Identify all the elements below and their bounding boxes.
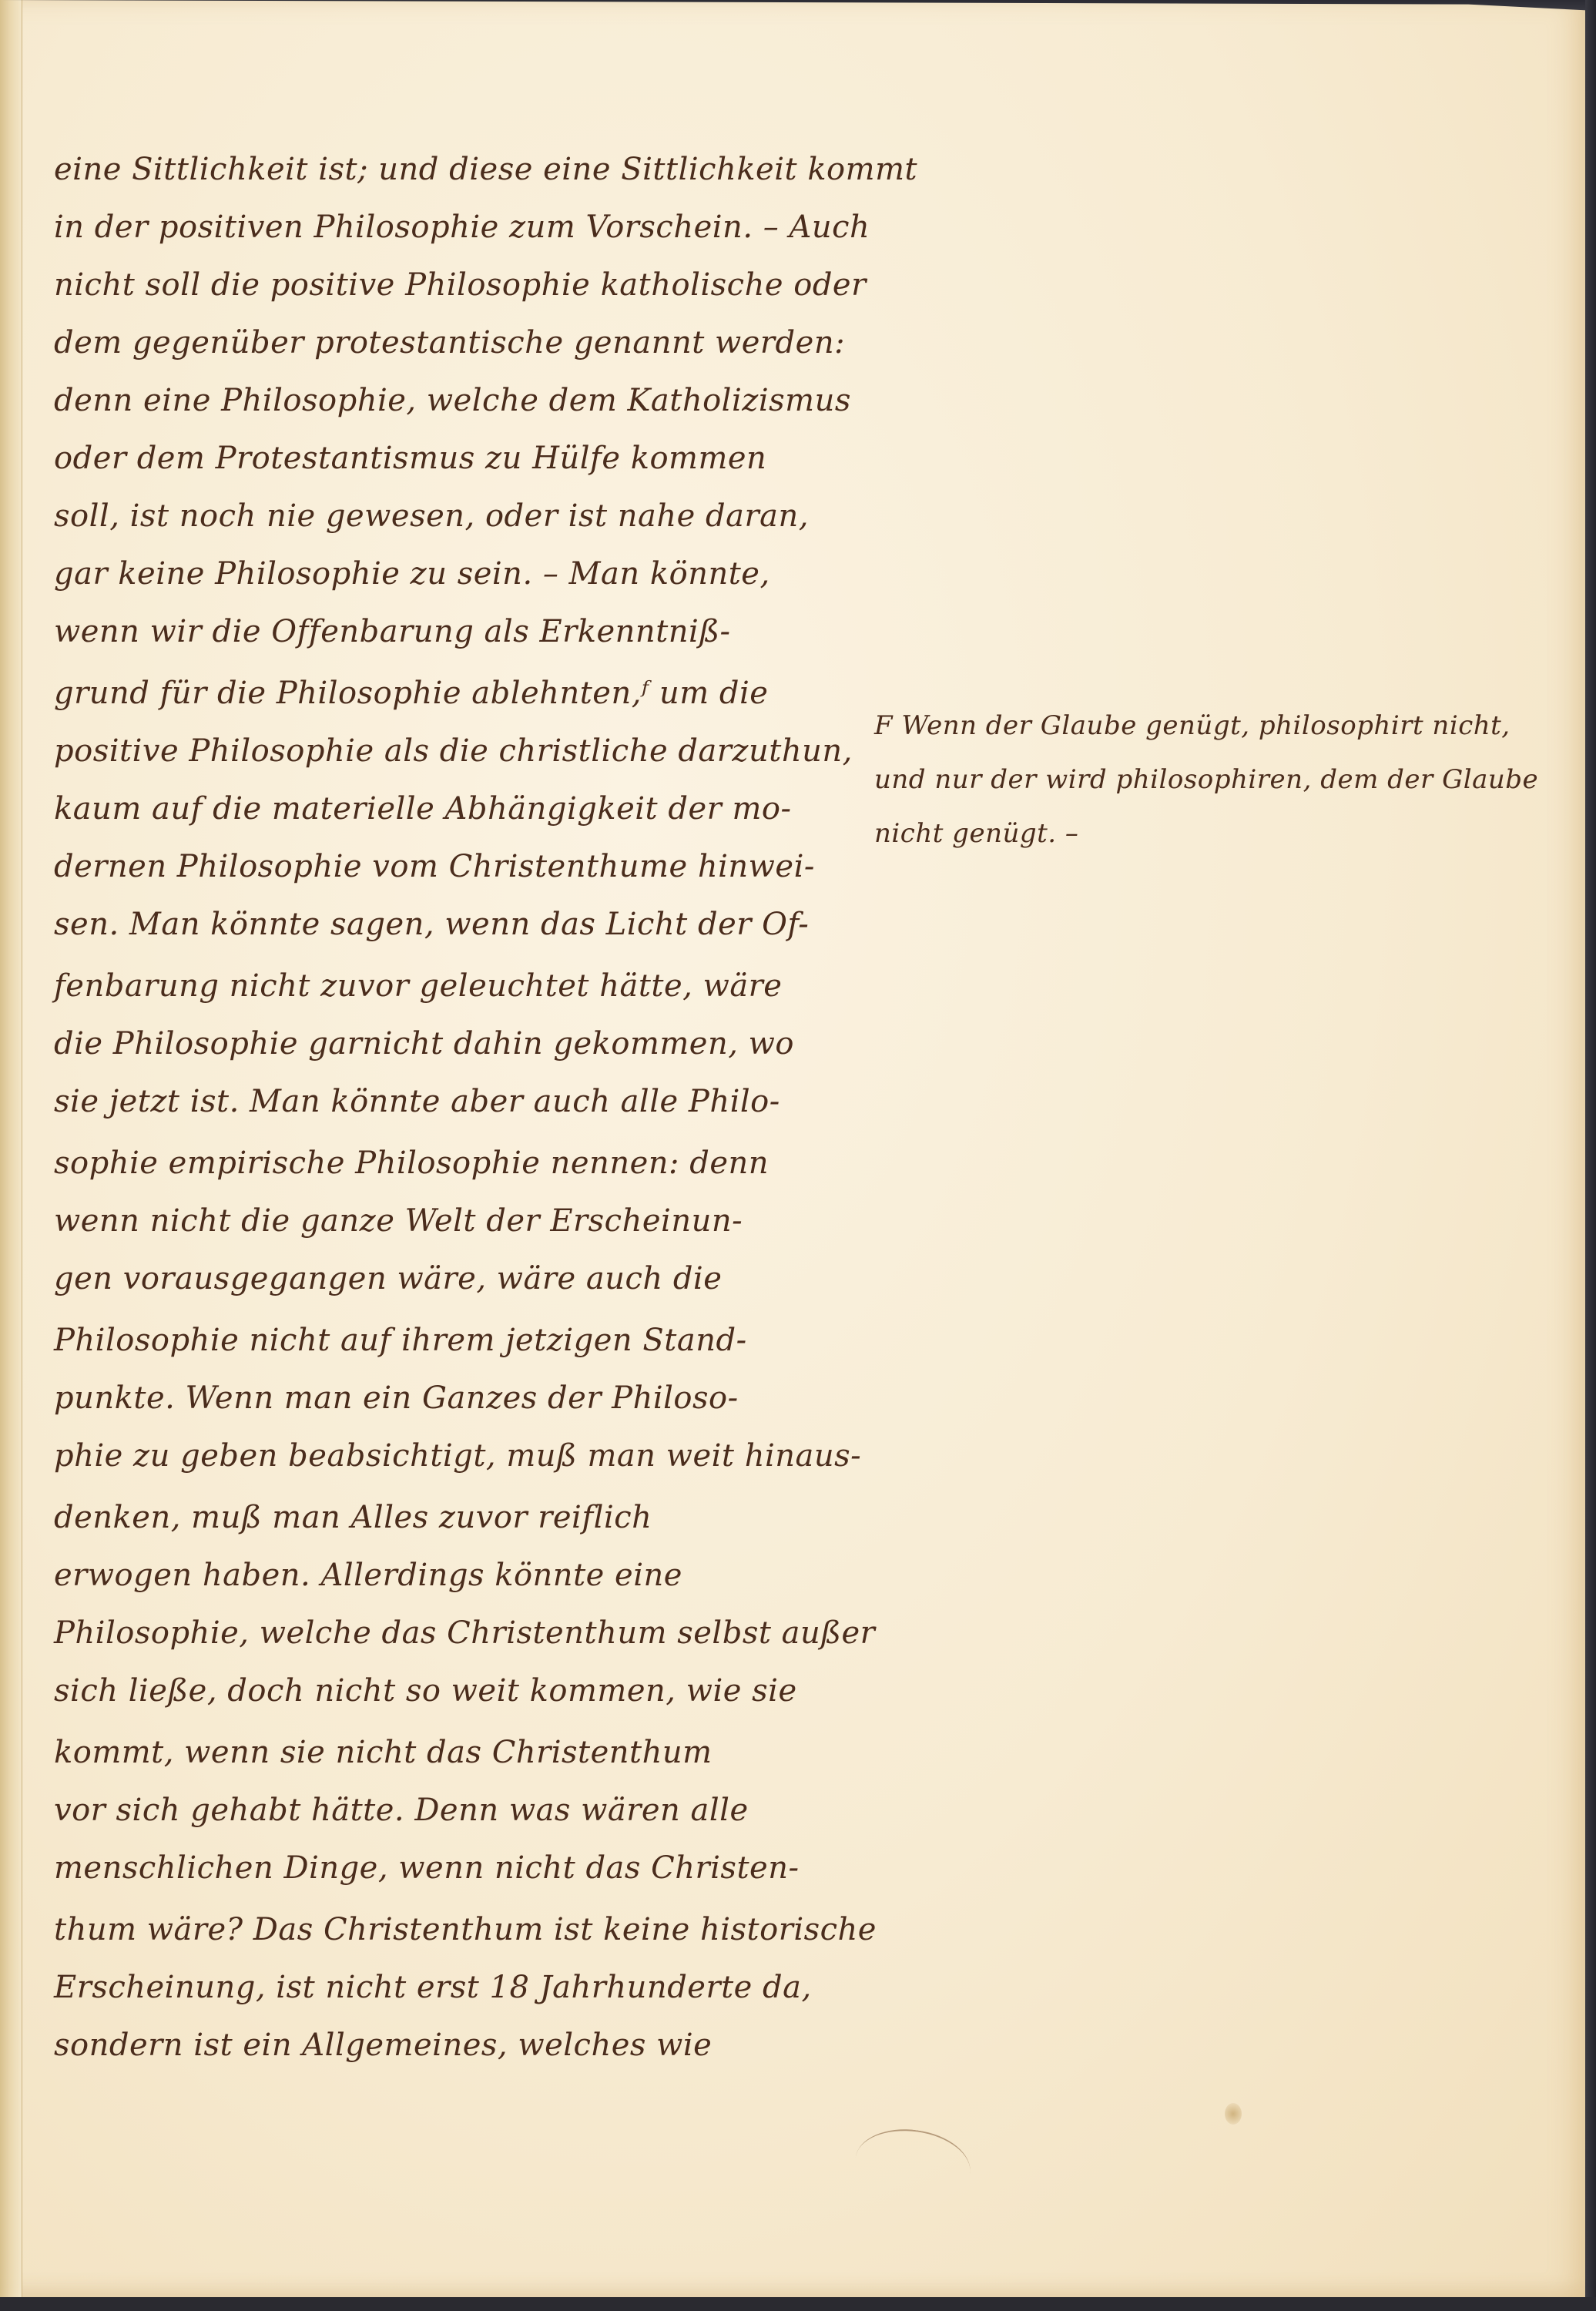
text-line: eine Sittlichkeit ist; und diese eine Si…: [54, 154, 917, 185]
text-line: punkte. Wenn man ein Ganzes der Philoso-: [54, 1383, 739, 1414]
text-line: die Philosophie garnicht dahin gekommen,…: [54, 1028, 794, 1059]
text-line: fenbarung nicht zuvor geleuchtet hätte, …: [54, 971, 782, 1001]
margin-note-line: nicht genügt. –: [874, 820, 1078, 847]
pencil-arc-mark: [850, 2122, 974, 2209]
text-line: Erscheinung, ist nicht erst 18 Jahrhunde…: [54, 1972, 812, 2003]
text-line: thum wäre? Das Christenthum ist keine hi…: [54, 1914, 877, 1945]
text-line: Philosophie nicht auf ihrem jetzigen Sta…: [54, 1325, 747, 1356]
text-line: dernen Philosophie vom Christenthume hin…: [54, 851, 815, 882]
margin-note-line: F Wenn der Glaube genügt, philosophirt n…: [874, 713, 1510, 739]
text-line: grund für die Philosophie ablehnten,ᶠ um…: [54, 678, 768, 709]
text-line: sen. Man könnte sagen, wenn das Licht de…: [54, 909, 809, 940]
text-line: soll, ist noch nie gewesen, oder ist nah…: [54, 501, 809, 532]
text-line: kaum auf die materielle Abhängigkeit der…: [54, 793, 792, 824]
text-line: menschlichen Dinge, wenn nicht das Chris…: [54, 1853, 799, 1883]
text-line: in der positiven Philosophie zum Vorsche…: [54, 212, 870, 243]
text-line: sophie empirische Philosophie nennen: de…: [54, 1148, 769, 1179]
text-line: sie jetzt ist. Man könnte aber auch alle…: [54, 1086, 780, 1117]
text-line: wenn nicht die ganze Welt der Erscheinun…: [54, 1206, 743, 1236]
text-line: erwogen haben. Allerdings könnte eine: [54, 1560, 682, 1591]
book-cover-right-edge: [1585, 0, 1596, 2311]
manuscript-page: eine Sittlichkeit ist; und diese eine Si…: [0, 0, 1585, 2297]
book-cover-bottom-edge: [0, 2297, 1596, 2311]
text-line: vor sich gehabt hätte. Denn was wären al…: [54, 1795, 749, 1826]
text-line: dem gegenüber protestantische genannt we…: [54, 327, 845, 358]
text-line: denn eine Philosophie, welche dem Kathol…: [54, 385, 851, 416]
text-line: Philosophie, welche das Christenthum sel…: [54, 1618, 875, 1649]
ink-stain: [1225, 2103, 1242, 2125]
text-line: gar keine Philosophie zu sein. – Man kön…: [54, 558, 770, 589]
text-line: sondern ist ein Allgemeines, welches wie: [54, 2030, 712, 2061]
text-line: nicht soll die positive Philosophie kath…: [54, 270, 867, 300]
text-line: oder dem Protestantismus zu Hülfe kommen: [54, 443, 766, 474]
margin-note-line: und nur der wird philosophiren, dem der …: [874, 766, 1538, 793]
text-line: positive Philosophie als die christliche…: [54, 736, 853, 766]
text-line: denken, muß man Alles zuvor reiflich: [54, 1502, 652, 1533]
page-left-edge: [0, 0, 22, 2297]
text-line: phie zu geben beabsichtigt, muß man weit…: [54, 1441, 861, 1471]
text-line: wenn wir die Offenbarung als Erkenntniß-: [54, 616, 731, 647]
text-line: sich ließe, doch nicht so weit kommen, w…: [54, 1675, 797, 1706]
text-line: gen vorausgegangen wäre, wäre auch die: [54, 1263, 722, 1294]
text-line: kommt, wenn sie nicht das Christenthum: [54, 1737, 712, 1768]
